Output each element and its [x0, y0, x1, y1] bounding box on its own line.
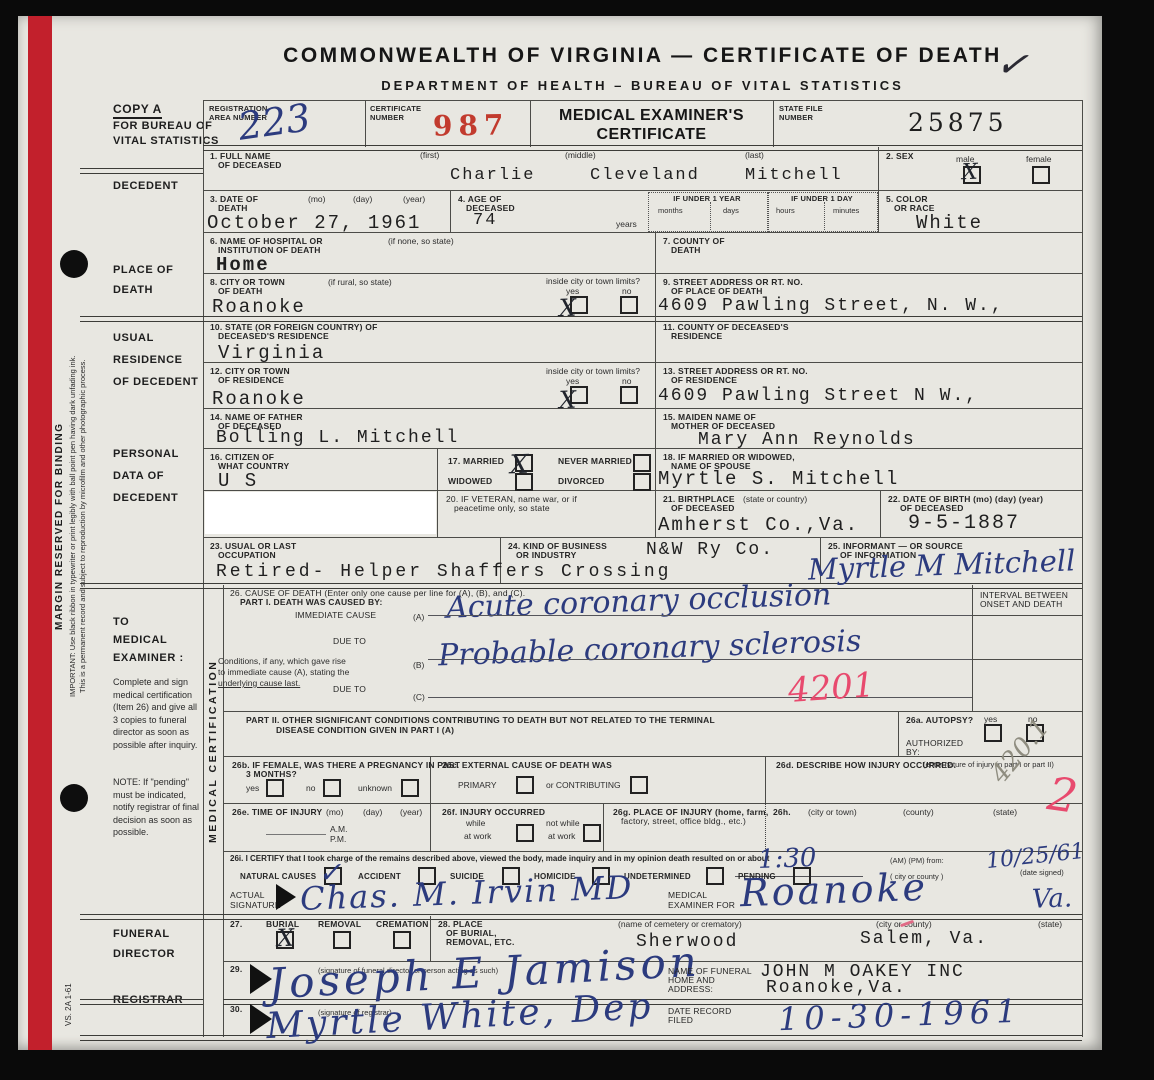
punch-hole-top: [60, 250, 88, 278]
sidebar-data-of: DATA OF: [113, 470, 164, 483]
field27-number: 27.: [230, 919, 242, 929]
checkbox-preg-unknown: [401, 779, 419, 797]
part2-label2: DISEASE CONDITION GIVEN IN PART I (A): [276, 725, 454, 735]
sidebar-medical: MEDICAL: [113, 634, 167, 647]
field18-value: Myrtle S. Mitchell: [658, 468, 899, 490]
undetermined-label: UNDETERMINED: [624, 872, 691, 882]
redaction-box: [205, 492, 436, 534]
sidebar-funeral: FUNERAL: [113, 928, 170, 941]
medical-certification-vertical: MEDICAL CERTIFICATION: [207, 596, 219, 906]
checkbox-while-at-work: [516, 824, 534, 842]
burial-city-value: Salem, Va.: [860, 929, 988, 949]
line: [80, 316, 203, 322]
field3-day-sub: (day): [353, 194, 372, 204]
interval-label2: ONSET AND DEATH: [980, 599, 1063, 609]
male-x-mark: X: [962, 160, 979, 186]
injury-day-sub: (day): [363, 807, 382, 817]
certificate-page: MARGIN RESERVED FOR BINDING IMPORTANT: U…: [18, 16, 1102, 1050]
line: [710, 202, 711, 230]
copy-a-line2: FOR BUREAU OF: [113, 120, 212, 133]
field21-label2: OF DECEASED: [671, 503, 735, 513]
field26h-label: 26h.: [773, 807, 791, 817]
field1-last-sub: (last): [745, 150, 764, 160]
field13-value: 4609 Pawling Street N W.,: [658, 386, 978, 406]
due-to-label2: DUE TO: [333, 684, 366, 694]
line: [972, 585, 973, 711]
actual-label: ACTUAL: [230, 890, 265, 900]
field24-value: N&W Ry Co.: [646, 540, 774, 560]
checkbox-limits-no: [620, 296, 638, 314]
sidebar-examiner-note: Complete and sign medical certification …: [113, 676, 201, 752]
part2-label1: PART II. OTHER SIGNIFICANT CONDITIONS CO…: [246, 715, 715, 725]
checkbox-contributing: [630, 776, 648, 794]
sidebar-decedent: DECEDENT: [113, 180, 178, 193]
field9-value: 4609 Pawling Street, N. W.,: [658, 296, 1004, 316]
sidebar-decedent2: DECEDENT: [113, 492, 178, 505]
field14-value: Bolling L. Mitchell: [216, 428, 459, 448]
sidebar-place-of: PLACE OF: [113, 264, 173, 277]
pm-label: P.M.: [330, 834, 346, 844]
days-label: days: [723, 206, 739, 215]
field1-middle-sub: (middle): [565, 150, 596, 160]
field12-yes-label: yes: [566, 376, 579, 386]
line: [428, 697, 972, 698]
certificate-number-stamp: 987: [433, 108, 510, 142]
margin-binding-label: MARGIN RESERVED FOR BINDING: [54, 246, 65, 806]
field8-no-label: no: [622, 286, 631, 296]
primary-label: PRIMARY: [458, 780, 497, 790]
line: [880, 490, 881, 537]
state-file-label: STATE FILE: [779, 104, 823, 113]
field6-value: Home: [216, 254, 270, 276]
field8-hint: (if rural, so state): [328, 277, 392, 287]
state-file-value: 25875: [908, 108, 1008, 137]
field21-hint: (state or country): [743, 494, 807, 504]
line: [428, 615, 972, 616]
line: [223, 585, 224, 1037]
field10-label2: DECEASED'S RESIDENCE: [218, 331, 329, 341]
checkbox-res-limits-no: [620, 386, 638, 404]
field26b-label2: 3 MONTHS?: [246, 769, 297, 779]
hours-label: hours: [776, 206, 795, 215]
field8-limits-label: inside city or town limits?: [546, 276, 640, 286]
field17-never-label: NEVER MARRIED: [558, 456, 632, 466]
sidebar-usual: USUAL: [113, 332, 154, 345]
line: [824, 202, 825, 230]
cause-b-value: Probable coronary sclerosis: [438, 624, 862, 674]
funeral-home-city: Roanoke,Va.: [766, 978, 907, 998]
contributing-label: or CONTRIBUTING: [546, 780, 621, 790]
while-label: while: [466, 818, 485, 828]
months-label: months: [658, 206, 683, 215]
line: [203, 145, 1082, 151]
res-limits-yes-x-mark: X: [559, 386, 577, 415]
sidebar-to: TO: [113, 616, 129, 629]
examiner-for-label: EXAMINER FOR: [668, 900, 735, 910]
field3-mo-sub: (mo): [308, 194, 325, 204]
cremation-label: CREMATION: [376, 919, 429, 929]
field17-widowed-label: WIDOWED: [448, 476, 492, 486]
margin-important-line2: This is a permanent record and subject t…: [78, 176, 87, 876]
burial-state-sub: (state): [1038, 919, 1062, 929]
line: [655, 490, 656, 537]
field24-label2: OR INDUSTRY: [516, 550, 576, 560]
field12-label2: OF RESIDENCE: [218, 375, 284, 385]
am-pm-from-label: (AM) (PM) from:: [890, 856, 944, 865]
field3-year-sub: (year): [403, 194, 425, 204]
field10-value: Virginia: [218, 342, 325, 364]
line: [203, 100, 1082, 101]
field26a-label: 26a. AUTOPSY?: [906, 715, 973, 725]
state-file-label2: NUMBER: [779, 113, 813, 122]
sidebar-residence: RESIDENCE: [113, 354, 183, 367]
red-code-2: 2: [1044, 766, 1081, 824]
sidebar-director: DIRECTOR: [113, 948, 175, 961]
field1-first-value: Charlie: [450, 166, 535, 185]
autopsy-yes-label: yes: [984, 714, 997, 724]
field4-years-label: years: [616, 219, 637, 229]
cemetery-name-sub: (name of cemetery or crematory): [618, 919, 742, 929]
field11-label2: RESIDENCE: [671, 331, 722, 341]
line: [655, 318, 656, 408]
field12-no-label: no: [622, 376, 631, 386]
checkbox-cremation: [393, 931, 411, 949]
line: [80, 999, 203, 1005]
field29-number: 29.: [230, 964, 242, 974]
field4-value: 74: [473, 211, 497, 230]
sidebar-pending-note: NOTE: If "pending" must be indicated, no…: [113, 776, 201, 839]
sidebar-examiner: EXAMINER :: [113, 652, 184, 665]
medical-label: MEDICAL: [668, 890, 707, 900]
field8-label2: OF DEATH: [218, 286, 262, 296]
line: [765, 756, 766, 803]
punch-hole-bottom: [60, 784, 88, 812]
field16-value: U S: [218, 470, 258, 492]
removal-label: REMOVAL: [318, 919, 361, 929]
conditions-note3: underlying cause last.: [218, 678, 300, 688]
field26c-label: 26c. EXTERNAL CAUSE OF DEATH WAS: [442, 760, 612, 770]
line: [203, 100, 204, 1037]
form-code: VS. 2A 1-61: [64, 936, 73, 1026]
field26g-label2: factory, street, office bldg., etc.): [621, 816, 746, 826]
line: [80, 583, 203, 589]
line: [655, 232, 656, 318]
checkbox-never-married: [633, 454, 651, 472]
under-1-day-label: IF UNDER 1 DAY: [768, 194, 876, 203]
funeral-home-label3: ADDRESS:: [668, 984, 713, 994]
field30-number: 30.: [230, 1004, 242, 1014]
field22-value: 9-5-1887: [908, 512, 1020, 535]
injury-city-sub: (city or town): [808, 807, 857, 817]
immediate-cause-label: IMMEDIATE CAUSE: [295, 610, 376, 620]
field2-sex-label: 2. SEX: [886, 151, 914, 161]
line: [266, 834, 326, 835]
checkbox-undetermined: [706, 867, 724, 885]
pen-checkmark: ✓: [993, 40, 1031, 88]
checkbox-preg-yes: [266, 779, 284, 797]
line: [203, 448, 1082, 449]
injury-state-sub: (state): [993, 807, 1017, 817]
certificate-number-label2: NUMBER: [370, 113, 404, 122]
line: [430, 756, 431, 851]
medical-examiner-signature: Chas. M. Irvin MD: [299, 868, 634, 918]
date-filed-label2: FILED: [668, 1015, 693, 1025]
while-at-work-label: at work: [464, 831, 491, 841]
field28-label3: REMOVAL, ETC.: [446, 937, 515, 947]
field9-label2: OF PLACE OF DEATH: [671, 286, 763, 296]
preg-yes-label: yes: [246, 783, 259, 793]
field26f-label: 26f. INJURY OCCURRED: [442, 807, 545, 817]
checkbox-divorced: [633, 473, 651, 491]
line: [437, 448, 438, 537]
field2-female-label: female: [1026, 154, 1052, 164]
cause-b-label: (B): [413, 660, 424, 670]
line: [603, 803, 604, 851]
checkbox-removal: [333, 931, 351, 949]
field1-middle-value: Cleveland: [590, 166, 700, 185]
am-label: A.M.: [330, 824, 347, 834]
checkbox-female: [1032, 166, 1050, 184]
line: [972, 659, 1082, 660]
medical-examiners-line1: MEDICAL EXAMINER'S: [530, 107, 773, 125]
signature-label: SIGNATURE: [230, 900, 281, 910]
field26e-label: 26e. TIME OF INJURY: [232, 807, 322, 817]
line: [365, 100, 366, 147]
authorized-by-label: BY:: [906, 747, 920, 757]
scanned-death-certificate: MARGIN RESERVED FOR BINDING IMPORTANT: U…: [0, 0, 1154, 1080]
line: [203, 190, 1082, 191]
under-1-year-label: IF UNDER 1 YEAR: [648, 194, 766, 203]
sidebar-personal: PERSONAL: [113, 448, 179, 461]
registration-area-value: 223: [235, 95, 313, 149]
field5-value: White: [916, 212, 983, 234]
field17-married-label: 17. MARRIED: [448, 456, 504, 466]
burial-x-mark: X: [277, 924, 295, 953]
cause-a-label: (A): [413, 612, 424, 622]
field20-label2: peacetime only, so state: [454, 503, 550, 513]
examiner-for-value: Roanoke: [739, 865, 928, 916]
field8-value: Roanoke: [212, 296, 306, 318]
line: [203, 537, 1082, 538]
checkbox-autopsy-yes: [984, 724, 1002, 742]
injury-mo-sub: (mo): [326, 807, 343, 817]
married-x-mark: X: [509, 450, 529, 481]
field12-limits-label: inside city or town limits?: [546, 366, 640, 376]
line: [80, 1035, 203, 1041]
injury-county-sub: (county): [903, 807, 934, 817]
signature-arrow-icon: [276, 884, 296, 910]
limits-yes-x-mark: X: [559, 294, 577, 323]
line: [223, 711, 1082, 712]
line: [223, 851, 1082, 852]
field15-value: Mary Ann Reynolds: [698, 430, 916, 450]
line: [1082, 100, 1083, 1037]
field7-label2: DEATH: [671, 245, 701, 255]
field23-value: Retired- Helper Shaffers Crossing: [216, 562, 671, 582]
line: [80, 168, 203, 174]
line: [898, 711, 899, 756]
date-filed-value: 10-30-1961: [777, 992, 1023, 1039]
preg-unknown-label: unknown: [358, 783, 392, 793]
minutes-label: minutes: [833, 206, 859, 215]
line: [655, 408, 656, 490]
not-while-label: not while: [546, 818, 580, 828]
line: [203, 408, 1082, 409]
line: [428, 659, 972, 660]
field23-label2: OCCUPATION: [218, 550, 276, 560]
line: [223, 756, 1082, 757]
line: [223, 803, 1082, 804]
medical-examiners-line2: CERTIFICATE: [530, 126, 773, 144]
due-to-label1: DUE TO: [333, 636, 366, 646]
injury-year-sub: (year): [400, 807, 422, 817]
cause-c-label: (C): [413, 692, 425, 702]
not-while-at-work-label: at work: [548, 831, 575, 841]
binding-red-stripe: [28, 16, 52, 1050]
field1-last-value: Mitchell: [745, 166, 843, 185]
conditions-note1: Conditions, if any, which gave rise: [218, 656, 346, 666]
certificate-subtitle: DEPARTMENT OF HEALTH – BUREAU OF VITAL S…: [203, 78, 1082, 93]
preg-no-label: no: [306, 783, 315, 793]
field21-value: Amherst Co.,Va.: [658, 514, 859, 536]
field6-hint: (if none, so state): [388, 236, 454, 246]
margin-important-line1: IMPORTANT: Use black ribbon in typewrite…: [68, 176, 77, 876]
field12-value: Roanoke: [212, 388, 306, 410]
date-signed-value: 10/25/61: [985, 839, 1086, 874]
sidebar-of-decedent: OF DECEDENT: [113, 376, 198, 389]
line: [450, 190, 451, 232]
line: [972, 615, 1082, 616]
checkbox-preg-no: [323, 779, 341, 797]
line: [203, 273, 1082, 274]
state-signed-value: Va.: [1031, 883, 1072, 914]
line: [203, 362, 1082, 363]
checkbox-primary: [516, 776, 534, 794]
certificate-title: COMMONWEALTH OF VIRGINIA — CERTIFICATE O…: [203, 44, 1082, 68]
field13-label2: OF RESIDENCE: [671, 375, 737, 385]
line: [80, 914, 203, 920]
certificate-number-label: CERTIFICATE: [370, 104, 421, 113]
sidebar-death: DEATH: [113, 284, 153, 297]
field1-label2: OF DECEASED: [218, 160, 282, 170]
code-4201-red: 4201: [787, 665, 876, 711]
field3-value: October 27, 1961: [207, 212, 421, 234]
field26-part1-label: PART I. DEATH WAS CAUSED BY:: [240, 597, 383, 607]
line: [773, 100, 774, 147]
field17-divorced-label: DIVORCED: [558, 476, 604, 486]
conditions-note2: to immediate cause (A), stating the: [218, 667, 349, 677]
checkbox-not-while-at-work: [583, 824, 601, 842]
copy-a-label: COPY A: [113, 102, 162, 119]
line: [878, 147, 879, 232]
field1-first-sub: (first): [420, 150, 439, 160]
